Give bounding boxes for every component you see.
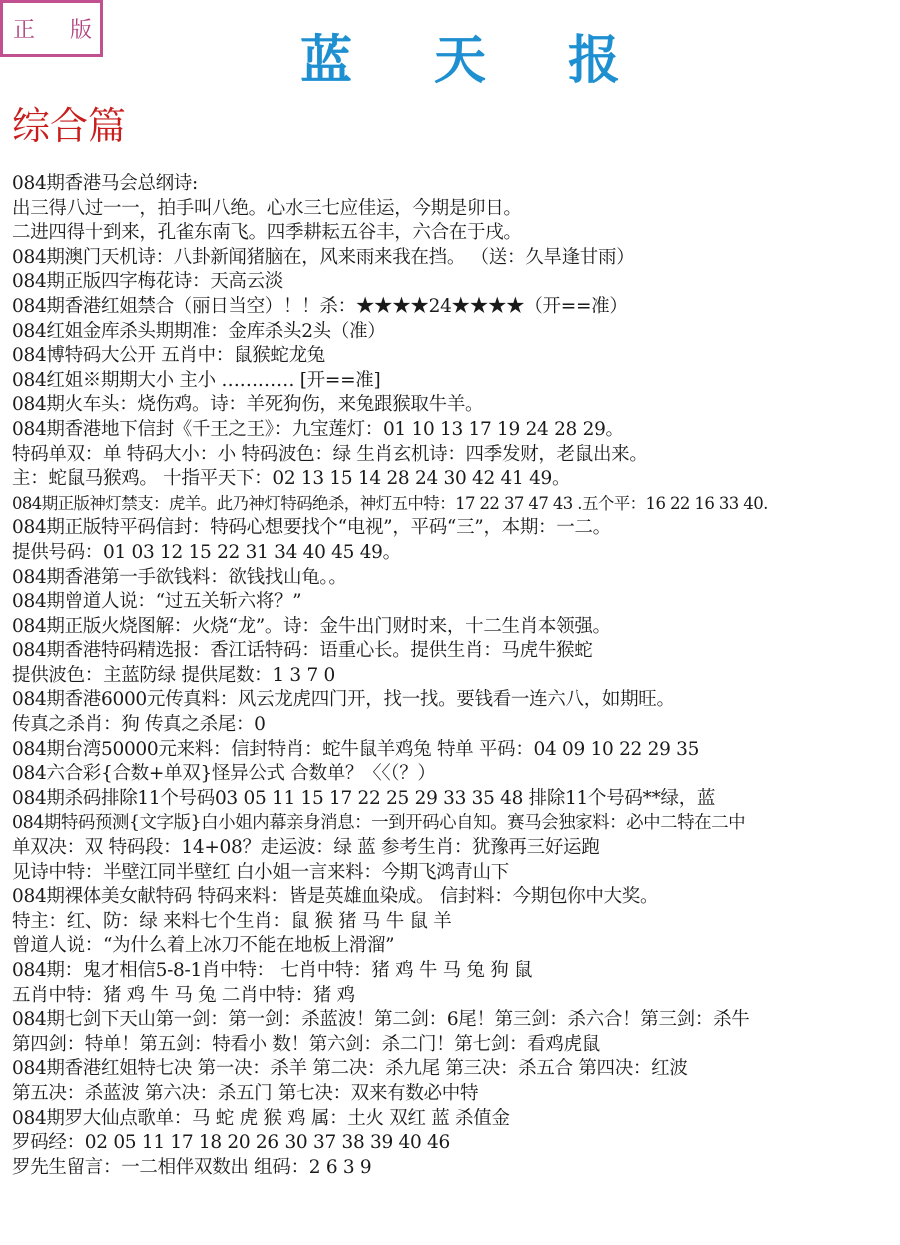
text-line: 罗先生留言：一二相伴双数出 组码：2 6 3 9 (12, 1156, 900, 1181)
text-line: 主：蛇鼠马猴鸡。 十指平天下：02 13 15 14 28 24 30 42 4… (12, 467, 900, 492)
section-heading: 综合篇 (12, 95, 126, 150)
text-line: 出三得八过一一，拍手叫八绝。心水三七应佳运，今期是卯日。 (12, 197, 900, 222)
text-line: 084期香港地下信封《千王之王》：九宝莲灯：01 10 13 17 19 24 … (12, 418, 900, 443)
text-line: 第五决：杀蓝波 第六决：杀五门 第七决：双来有数必中特 (12, 1082, 900, 1107)
text-line: 传真之杀肖：狗 传真之杀尾：0 (12, 713, 900, 738)
text-line: 084期正版神灯禁支：虎羊。此乃神灯特码绝杀，神灯五中特：17 22 37 47… (12, 492, 900, 517)
text-line: 084期香港特码精选报：香江话特码：语重心长。提供生肖：马虎牛猴蛇 (12, 639, 900, 664)
text-line: 第四剑：特单！第五剑：特看小 数！第六剑：杀二门！第七剑：看鸡虎鼠 (12, 1033, 900, 1058)
text-line: 084期七剑下天山第一剑：第一剑：杀蓝波！第二剑：6尾！第三剑：杀六合！第三剑：… (12, 1008, 900, 1033)
authentic-edition-badge: 正 版 (0, 0, 103, 57)
text-line: 084博特码大公开 五肖中：鼠猴蛇龙兔 (12, 344, 900, 369)
text-line: 084期香港第一手欲钱料：欲钱找山龟。。 (12, 566, 900, 591)
title-char: 天 (434, 18, 486, 93)
text-line: 084期香港马会总纲诗: (12, 172, 900, 197)
badge-char: 版 (70, 13, 92, 44)
text-line: 提供波色：主蓝防绿 提供尾数：1 3 7 0 (12, 664, 900, 689)
text-line: 084期罗大仙点歌单：马 蛇 虎 猴 鸡 属：土火 双红 蓝 杀值金 (12, 1107, 900, 1132)
text-line: 084期特码预测{文字版}白小姐内幕亲身消息：一到开码心自知。赛马会独家料：必中… (12, 811, 900, 836)
text-line: 提供号码：01 03 12 15 22 31 34 40 45 49。 (12, 541, 900, 566)
text-line: 二进四得十到来，孔雀东南飞。四季耕耘五谷丰，六合在于戌。 (12, 221, 900, 246)
text-line: 084期香港红姐禁合（丽日当空）！！杀：★★★★24★★★★（开==准） (12, 295, 900, 320)
text-line: 单双决：双 特码段：14+08？走运波：绿 蓝 参考生肖：犹豫再三好运跑 (12, 836, 900, 861)
text-line: 084期正版火烧图解：火烧“龙”。诗：金牛出门财时来，十二生肖本领强。 (12, 615, 900, 640)
text-line: 见诗中特：半壁江同半壁红 白小姐一言来料：今期飞鸿青山下 (12, 861, 900, 886)
text-line: 084期杀码排除11个号码03 05 11 15 17 22 25 29 33 … (12, 787, 900, 812)
text-line: 084期香港红姐特七决 第一决：杀羊 第二决：杀九尾 第三决：杀五合 第四决：红… (12, 1057, 900, 1082)
text-line: 084期澳门天机诗：八卦新闻猪脑在，风来雨来我在挡。 （送：久旱逢甘雨） (12, 246, 900, 271)
text-line: 五肖中特：猪 鸡 牛 马 兔 二肖中特：猪 鸡 (12, 984, 900, 1009)
text-line: 084红姐※期期大小 主小 ………… [开==准] (12, 369, 900, 394)
badge-char: 正 (13, 13, 35, 44)
title-char: 报 (568, 18, 620, 93)
text-line: 084期曾道人说：“过五关斩六将？” (12, 590, 900, 615)
title-char: 蓝 (300, 18, 352, 93)
text-line: 084期香港6000元传真料：风云龙虎四门开，找一找。要钱看一连六八，如期旺。 (12, 688, 900, 713)
text-line: 特主：红、防：绿 来料七个生肖：鼠 猴 猪 马 牛 鼠 羊 (12, 910, 900, 935)
text-line: 084期正版四字梅花诗：天高云淡 (12, 270, 900, 295)
text-line: 特码单双：单 特码大小：小 特码波色：绿 生肖玄机诗：四季发财，老鼠出来。 (12, 443, 900, 468)
text-line: 084红姐金库杀头期期准：金库杀头2头（准） (12, 320, 900, 345)
text-line: 084六合彩{合数+单双}怪异公式 合数单？〈〈（？） (12, 762, 900, 787)
page-title: 蓝 天 报 (300, 20, 620, 90)
text-line: 084期正版特平码信封：特码心想要找个“电视”，平码“三”，本期：一二。 (12, 516, 900, 541)
text-line: 084期裸体美女献特码 特码来料：皆是英雄血染成。 信封料：今期包你中大奖。 (12, 885, 900, 910)
text-line: 084期：鬼才相信5-8-1肖中特： 七肖中特：猪 鸡 牛 马 兔 狗 鼠 (12, 959, 900, 984)
content-lines: 084期香港马会总纲诗: 出三得八过一一，拍手叫八绝。心水三七应佳运，今期是卯日… (12, 172, 900, 1180)
text-line: 084期火车头：烧伤鸡。诗：羊死狗伤，来兔跟猴取牛羊。 (12, 393, 900, 418)
text-line: 罗码经：02 05 11 17 18 20 26 30 37 38 39 40 … (12, 1131, 900, 1156)
text-line: 084期台湾50000元来料：信封特肖：蛇牛鼠羊鸡兔 特单 平码：04 09 1… (12, 738, 900, 763)
text-line: 曾道人说：“为什么着上冰刀不能在地板上滑溜” (12, 934, 900, 959)
